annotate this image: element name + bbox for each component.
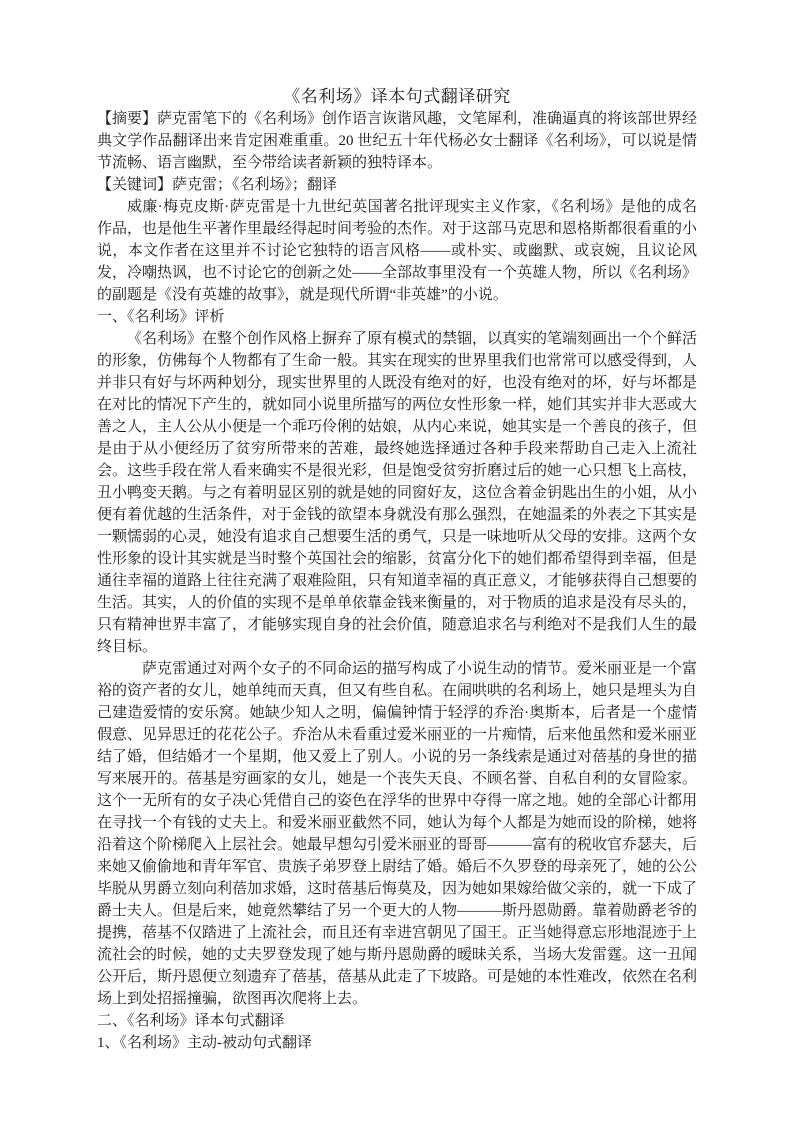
intro-paragraph: 威廉·梅克皮斯·萨克雷是十九世纪英国著名批评现实主义作家，《名利场》是他的成名作… [97,196,697,306]
document-content: 《名利场》译本句式翻译研究 【摘要】萨克雷笔下的《名利场》创作语言诙谐风趣，文笔… [97,86,697,1054]
analysis-paragraph-plot: 萨克雷通过对两个女子的不同命运的描写构成了小说生动的情节。爱米丽亚是一个富裕的资… [97,658,697,1010]
abstract-paragraph: 【摘要】萨克雷笔下的《名利场》创作语言诙谐风趣，文笔犀利，准确逼真的将该部世界经… [97,108,697,174]
subsection-heading-active-passive: 1、《名利场》主动-被动句式翻译 [97,1032,697,1054]
document-title: 《名利场》译本句式翻译研究 [97,86,697,108]
section-heading-analysis: 一、《名利场》评析 [97,306,697,328]
keywords-line: 【关键词】萨克雷；《名利场》；翻译 [97,174,697,196]
document-page: 《名利场》译本句式翻译研究 【摘要】萨克雷笔下的《名利场》创作语言诙谐风趣，文笔… [0,0,793,1122]
section-heading-translation: 二、《名利场》译本句式翻译 [97,1010,697,1032]
analysis-paragraph-characters: 《名利场》在整个创作风格上摒弃了原有模式的禁锢，以真实的笔端刻画出一个个鲜活的形… [97,328,697,658]
